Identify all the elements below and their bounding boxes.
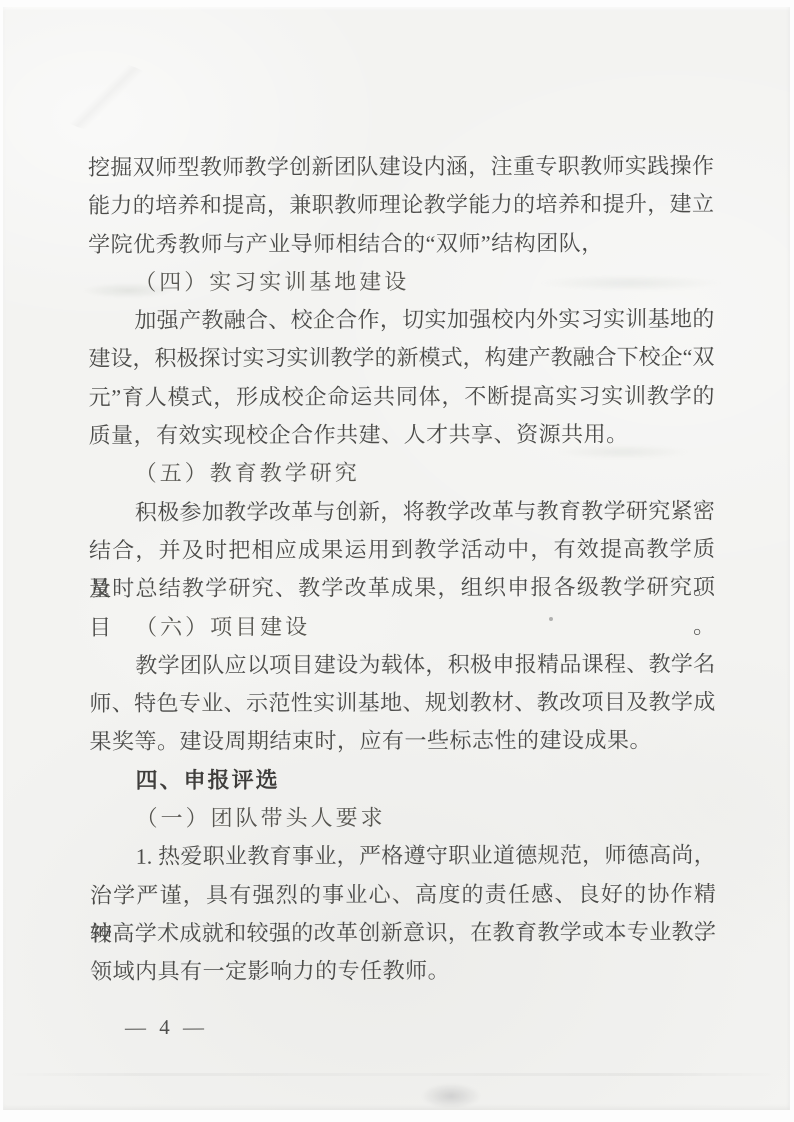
body-line: 1. 热爱职业教育事业，严格遵守职业道德规范，师德高尚，: [90, 837, 716, 877]
body-line: 积极参加教学改革与创新，将教学改革与教育教学研究紧密: [89, 492, 715, 532]
body-line: 挖掘双师型教师教学创新团队建设内涵，注重专职教师实践操作: [88, 147, 714, 187]
body-line: 能力的培养和提高，兼职教师理论教学能力的培养和提升，建立: [88, 185, 714, 225]
document-body: 挖掘双师型教师教学创新团队建设内涵，注重专职教师实践操作 能力的培养和提高，兼职…: [88, 147, 716, 991]
body-line: 质量，有效实现校企合作共建、人才共享、资源共用。: [89, 415, 715, 455]
section-heading-application-selection: 四、申报评选: [90, 760, 716, 800]
page-number: — 4 —: [125, 1015, 208, 1040]
paper-crease-mark: [51, 62, 161, 132]
body-line: 治学严谨，具有强烈的事业心、高度的责任感、良好的协作精神、: [90, 875, 716, 915]
subsection-heading-team-leader-requirements: （一）团队带头人要求: [90, 798, 716, 838]
body-line: 结合，并及时把相应成果运用到教学活动中，有效提高教学质量。: [89, 530, 715, 570]
scan-frame: 挖掘双师型教师教学创新团队建设内涵，注重专职教师实践操作 能力的培养和提高，兼职…: [0, 0, 794, 1122]
body-line: 教学团队应以项目建设为载体，积极申报精品课程、教学名: [89, 645, 715, 685]
body-line: 元”育人模式，形成校企命运共同体，不断提高实习实训教学的: [88, 377, 714, 417]
body-line: 及时总结教学研究、教学改革成果，组织申报各级教学研究项目。: [89, 568, 715, 608]
subsection-heading-training-base: （四）实习实训基地建设: [88, 262, 714, 302]
scan-smudge: [421, 1083, 481, 1109]
subsection-heading-education-research: （五）教育教学研究: [89, 454, 715, 494]
body-line: 果奖等。建设周期结束时，应有一些标志性的建设成果。: [89, 722, 715, 762]
body-line: 加强产教融合、校企合作，切实加强校内外实习实训基地的: [88, 300, 714, 340]
body-line: 师、特色专业、示范性实训基地、规划教材、教改项目及教学成: [89, 683, 715, 723]
body-line: 较高学术成就和较强的改革创新意识，在教育教学或本专业教学: [90, 913, 716, 953]
body-line: 领域内具有一定影响力的专任教师。: [90, 951, 716, 991]
paper-crease-mark: [3, 1073, 790, 1076]
document-page: 挖掘双师型教师教学创新团队建设内涵，注重专职教师实践操作 能力的培养和提高，兼职…: [3, 7, 790, 1110]
body-line: 建设，积极探讨实习实训教学的新模式，构建产教融合下校企“双: [88, 339, 714, 379]
body-line: 学院优秀教师与产业导师相结合的“双师”结构团队，: [88, 224, 714, 264]
